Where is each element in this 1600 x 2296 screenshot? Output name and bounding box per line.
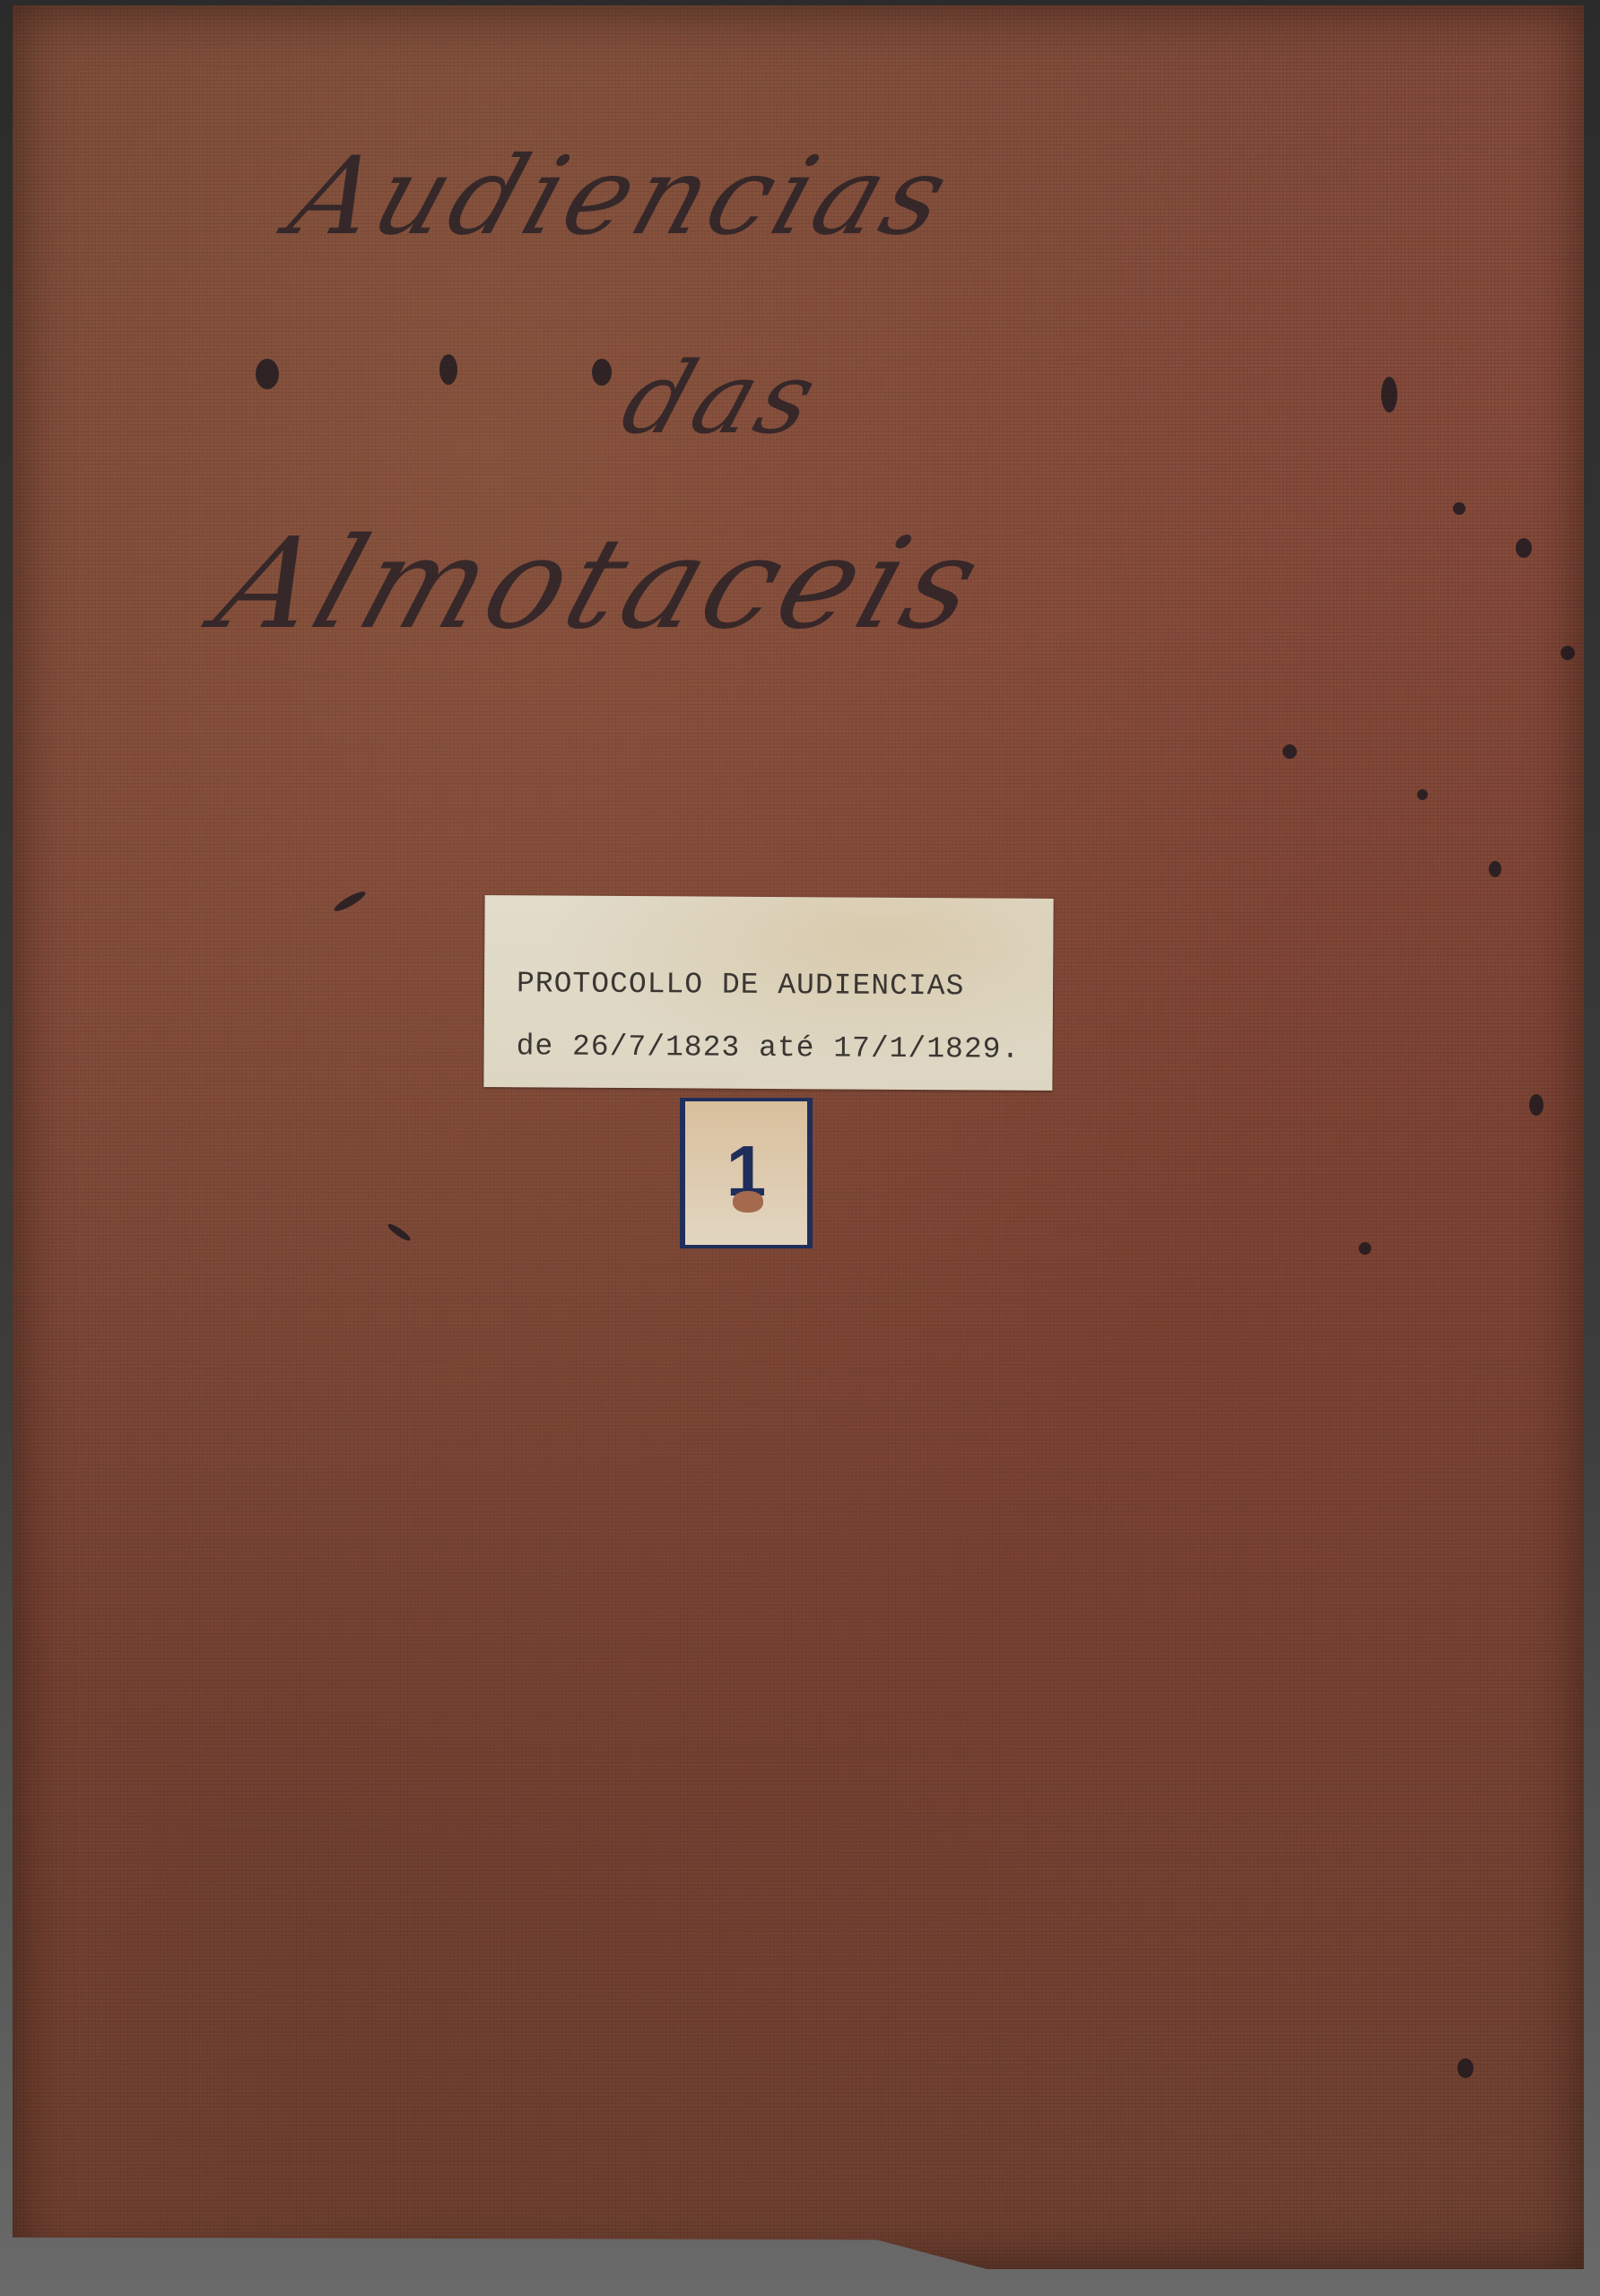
ink-blot — [1453, 502, 1465, 515]
handwritten-title-line3: Almotaceis — [201, 511, 1002, 657]
ink-blot — [1457, 2058, 1474, 2078]
ink-blot — [1417, 789, 1428, 800]
ink-blot — [256, 359, 279, 389]
ink-blot — [1359, 1242, 1371, 1255]
ink-blot — [1381, 377, 1397, 413]
volume-number-tag: 1 — [680, 1098, 813, 1248]
ink-blot — [592, 359, 612, 386]
handwritten-title-line2: das — [609, 341, 835, 456]
ink-blot — [1516, 538, 1532, 558]
ink-blot — [1561, 646, 1575, 660]
handwritten-title-line1: Audiencias — [275, 135, 967, 259]
ink-blot — [1489, 861, 1501, 877]
ink-blot — [439, 354, 457, 385]
label-date-range: de 26/7/1823 até 17/1/1829. — [517, 1030, 1021, 1065]
stain-mark — [733, 1191, 763, 1213]
label-title: PROTOCOLLO DE AUDIENCIAS — [517, 967, 964, 1003]
ink-blot — [1283, 744, 1297, 759]
ink-blot — [1529, 1094, 1543, 1116]
typed-paper-label: PROTOCOLLO DE AUDIENCIAS de 26/7/1823 at… — [483, 895, 1053, 1091]
